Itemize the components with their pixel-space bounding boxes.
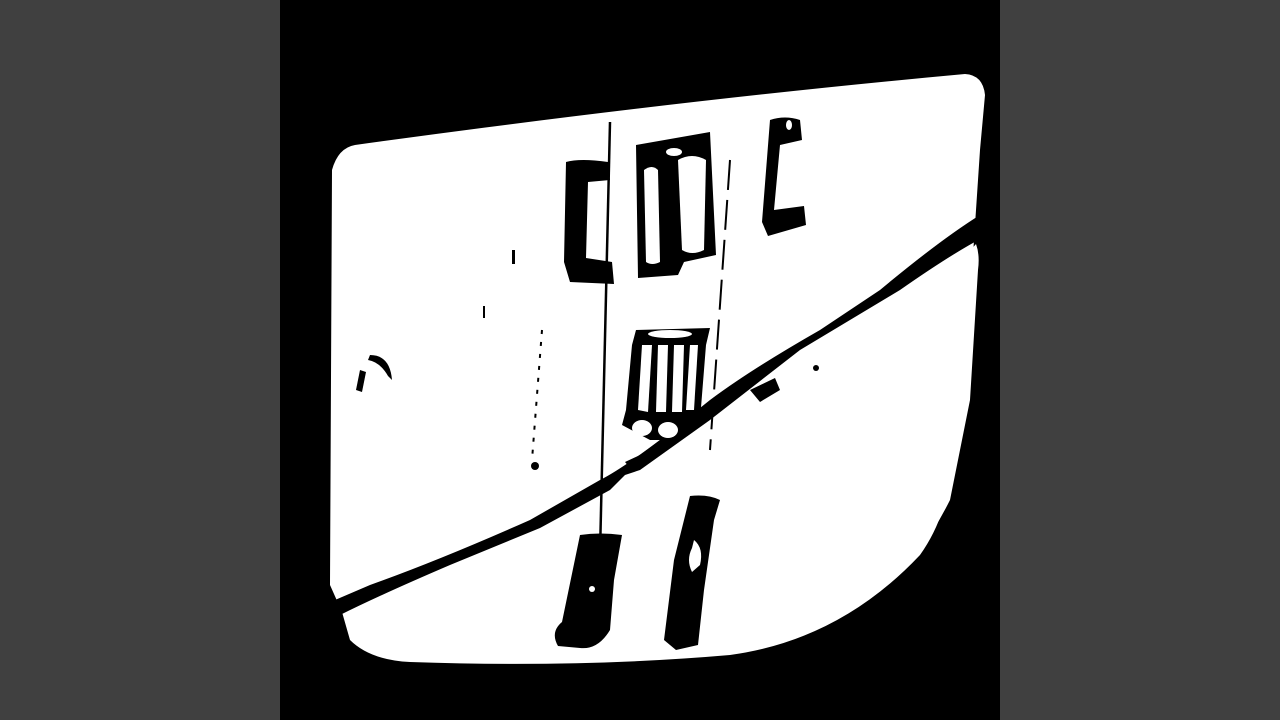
- speck-3: [813, 365, 819, 371]
- speck-4: [531, 462, 539, 470]
- window-center: [636, 132, 716, 278]
- video-frame: [0, 0, 1280, 720]
- speck-1: [512, 250, 515, 264]
- window-right-glint: [786, 120, 792, 130]
- post-left-hole: [589, 586, 595, 592]
- album-artwork: [280, 0, 1000, 720]
- speck-2: [483, 306, 485, 318]
- artwork-illustration: [280, 0, 1000, 720]
